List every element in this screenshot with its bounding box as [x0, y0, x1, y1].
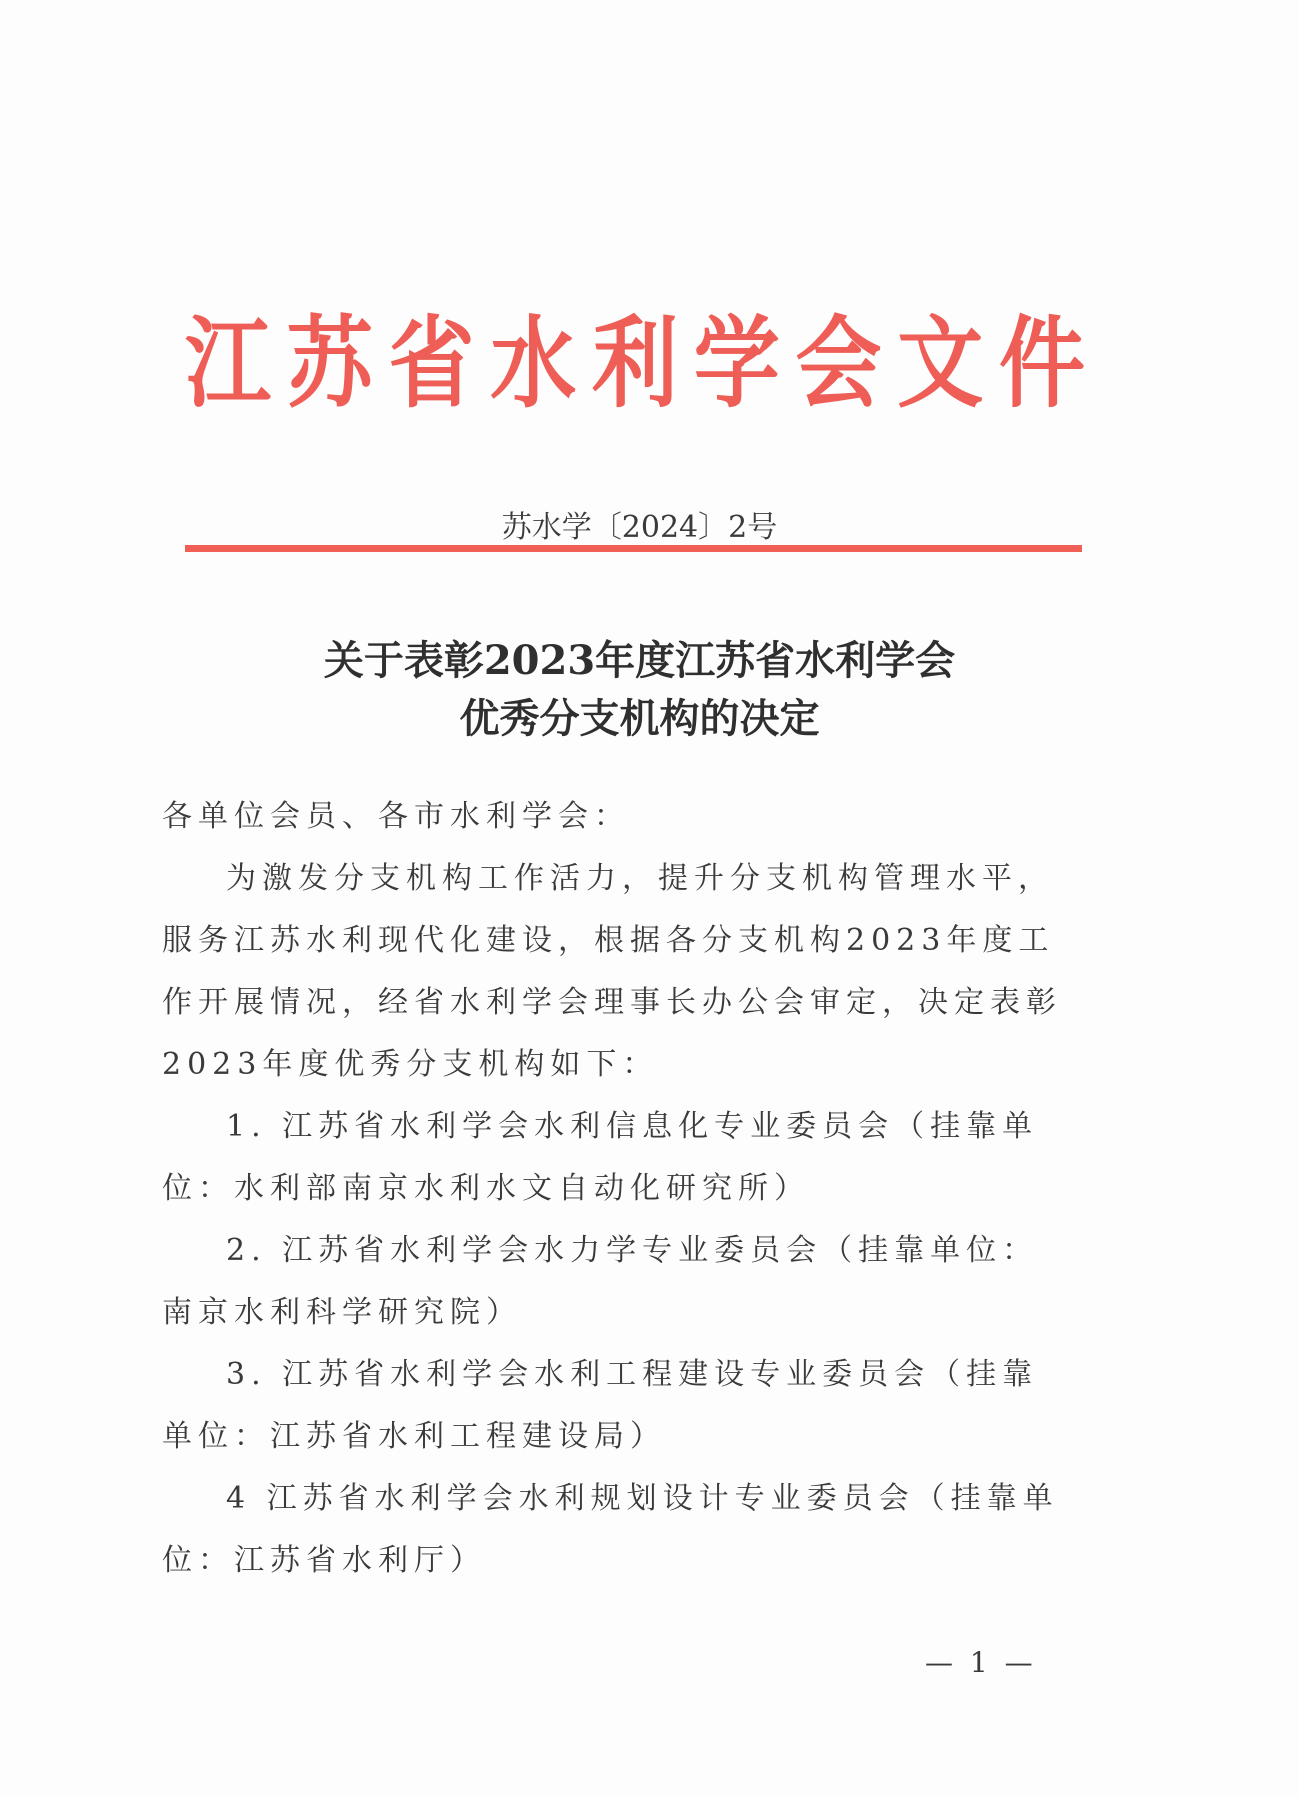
- red-divider-line: [185, 545, 1082, 552]
- header-char: 省: [389, 284, 475, 427]
- award-list-item: 1. 江苏省水利学会水利信息化专业委员会（挂靠单位：水利部南京水利水文自动化研究…: [162, 1096, 1062, 1220]
- header-char: 学: [694, 284, 780, 427]
- page-number: — 1 —: [925, 1646, 1037, 1679]
- document-number-text: 苏水学〔2024〕2号: [502, 502, 777, 546]
- document-page: 江 苏 省 水 利 学 会 文 件 苏水学〔2024〕2号 关于表彰2023年度…: [0, 0, 1299, 1797]
- award-list-item: 3. 江苏省水利学会水利工程建设专业委员会（挂靠单位：江苏省水利工程建设局）: [162, 1344, 1062, 1468]
- header-char: 件: [999, 284, 1085, 427]
- salutation: 各单位会员、各市水利学会：: [162, 786, 1062, 848]
- header-char: 水: [490, 284, 576, 427]
- issuing-org-header: 江 苏 省 水 利 学 会 文 件: [185, 300, 1085, 410]
- document-number: 苏水学〔2024〕2号: [0, 502, 1299, 546]
- header-char: 江: [185, 284, 271, 427]
- document-body: 各单位会员、各市水利学会： 为激发分支机构工作活力，提升分支机构管理水平，服务江…: [162, 786, 1062, 1592]
- header-char: 文: [897, 284, 983, 427]
- header-char: 利: [592, 284, 678, 427]
- header-char: 苏: [287, 284, 373, 427]
- header-char: 会: [796, 284, 882, 427]
- award-list-item: 2. 江苏省水利学会水力学专业委员会（挂靠单位：南京水利科学研究院）: [162, 1220, 1062, 1344]
- intro-paragraph: 为激发分支机构工作活力，提升分支机构管理水平，服务江苏水利现代化建设，根据各分支…: [162, 848, 1062, 1096]
- subject-line-2: 优秀分支机构的决定: [0, 690, 1299, 748]
- subject-line-1: 关于表彰2023年度江苏省水利学会: [0, 632, 1299, 690]
- document-subject: 关于表彰2023年度江苏省水利学会 优秀分支机构的决定: [0, 632, 1299, 748]
- award-list-item: 4 江苏省水利学会水利规划设计专业委员会（挂靠单位：江苏省水利厅）: [162, 1468, 1062, 1592]
